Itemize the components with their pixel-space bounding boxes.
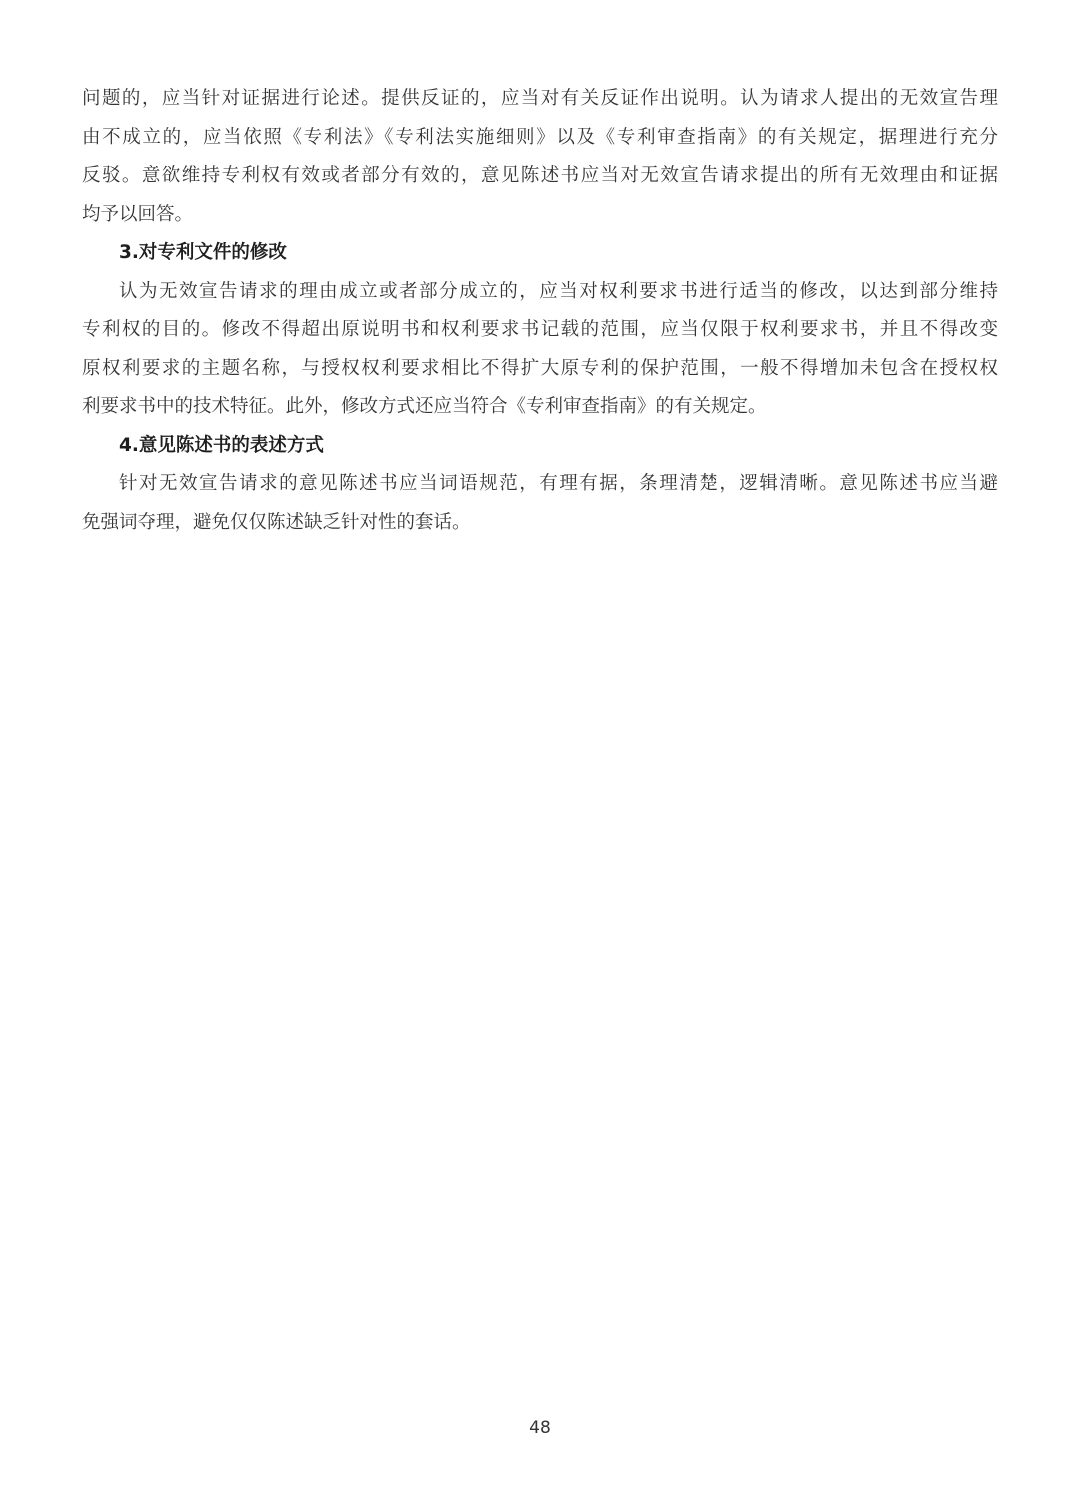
paragraph-expression-style: 针对无效宣告请求的意见陈述书应当词语规范，有理有据，条理清楚，逻辑清晰。意见陈述… bbox=[82, 465, 998, 542]
text-line: 针对无效宣告请求的意见陈述书应当词语规范，有理有据，条理清楚，逻辑清晰。意见陈述… bbox=[82, 465, 998, 504]
section-heading-4: 4.意见陈述书的表述方式 bbox=[82, 427, 998, 466]
text-line: 反驳。意欲维持专利权有效或者部分有效的，意见陈述书应当对无效宣告请求提出的所有无… bbox=[82, 157, 998, 196]
text-line: 原权利要求的主题名称，与授权权利要求相比不得扩大原专利的保护范围，一般不得增加未… bbox=[82, 350, 998, 389]
text-line: 利要求书中的技术特征。此外，修改方式还应当符合《专利审查指南》的有关规定。 bbox=[82, 388, 998, 427]
page-number: 48 bbox=[0, 1418, 1080, 1438]
text-line: 免强词夺理，避免仅仅陈述缺乏针对性的套话。 bbox=[82, 504, 998, 543]
document-page: 问题的，应当针对证据进行论述。提供反证的，应当对有关反证作出说明。认为请求人提出… bbox=[82, 80, 998, 542]
text-line: 专利权的目的。修改不得超出原说明书和权利要求书记载的范围，应当仅限于权利要求书，… bbox=[82, 311, 998, 350]
text-line: 问题的，应当针对证据进行论述。提供反证的，应当对有关反证作出说明。认为请求人提出… bbox=[82, 80, 998, 119]
paragraph-evidence-rebuttal: 问题的，应当针对证据进行论述。提供反证的，应当对有关反证作出说明。认为请求人提出… bbox=[82, 80, 998, 234]
text-line: 均予以回答。 bbox=[82, 196, 998, 235]
text-line: 认为无效宣告请求的理由成立或者部分成立的，应当对权利要求书进行适当的修改，以达到… bbox=[82, 273, 998, 312]
text-line: 由不成立的，应当依照《专利法》《专利法实施细则》以及《专利审查指南》的有关规定，… bbox=[82, 119, 998, 158]
section-heading-3: 3.对专利文件的修改 bbox=[82, 234, 998, 273]
paragraph-patent-amendment: 认为无效宣告请求的理由成立或者部分成立的，应当对权利要求书进行适当的修改，以达到… bbox=[82, 273, 998, 427]
